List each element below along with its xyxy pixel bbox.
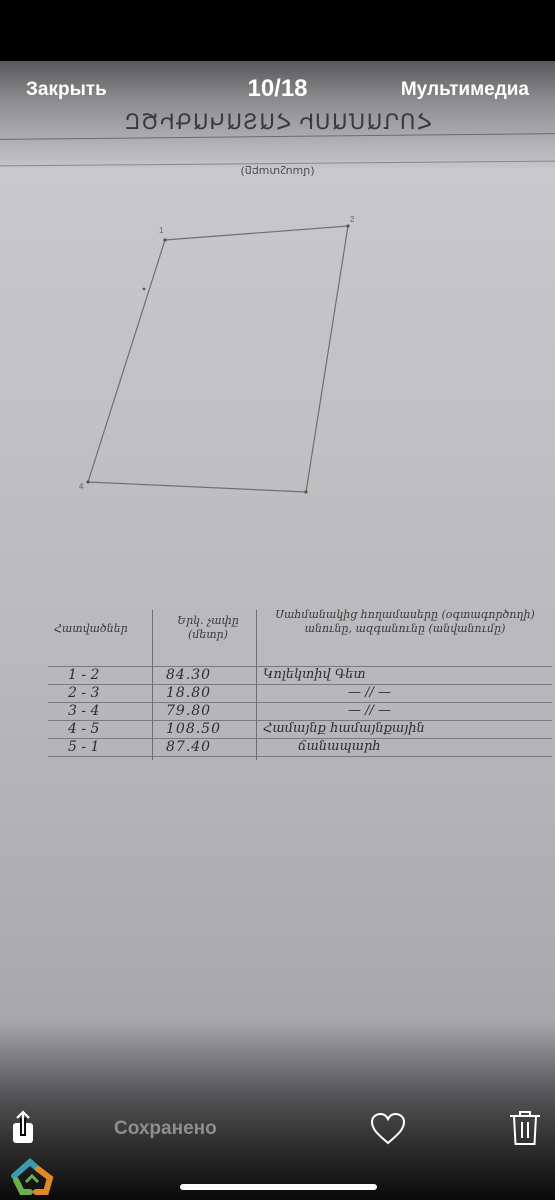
table-row: 3 - 4 79.80 — // — [48,702,552,720]
segment-cell: 1 - 2 [68,667,138,683]
segment-cell: 5 - 1 [68,739,138,755]
table-row: 2 - 3 18.80 — // — [48,684,552,702]
length-cell: 18.80 [166,685,256,701]
heart-icon[interactable] [370,1112,406,1146]
neighbor-cell: Համայնք համայնքային [263,721,548,736]
segment-cell: 4 - 5 [68,721,138,737]
table-divider [256,610,257,760]
plot-outline [88,226,348,492]
status-bar [0,0,555,61]
share-icon[interactable] [12,1110,38,1146]
land-plot-drawing: 1 2 4 [0,200,555,500]
media-button[interactable]: Мультимедиа [401,79,529,101]
document-title: ՀՈՂԱՄԱՍԻ ՀԱՏԱԿԱԳԻԾԸ [0,110,555,134]
neighbor-cell: — // — [348,703,555,718]
plot-vertex [143,288,146,291]
saved-status: Сохранено [114,1118,217,1140]
app-logo-icon[interactable] [10,1158,54,1198]
length-cell: 84.30 [166,667,256,683]
length-cell: 79.80 [166,703,256,719]
segment-cell: 2 - 3 [68,685,138,701]
close-button[interactable]: Закрыть [26,79,107,101]
scale-caption: (մասշտաբը) [0,165,555,178]
table-row: 5 - 1 87.40 ճանապարհ [48,738,552,757]
segment-cell: 3 - 4 [68,703,138,719]
table-row: 1 - 2 84.30 Կոլեկտիվ Գետ [48,666,552,684]
header-neighbors: Սահմանակից հողամասերը (օգտագործողի) անու… [260,608,550,672]
plot-vertex [86,480,89,483]
plot-vertex [304,490,307,493]
neighbor-cell: — // — [348,685,555,700]
length-cell: 108.50 [166,721,256,737]
viewer-navbar: Закрыть 10/18 Мультимедиа [0,70,555,110]
length-cell: 87.40 [166,739,256,755]
neighbor-cell: ճանապարհ [298,739,555,754]
trash-icon[interactable] [508,1109,542,1147]
plot-vertex [163,238,166,241]
plot-vertex-label: 2 [350,215,355,224]
plot-vertex-label: 1 [159,226,164,235]
plot-vertex-label: 4 [79,482,84,491]
plot-vertex [346,224,349,227]
table-row: 4 - 5 108.50 Համայնք համայնքային [48,720,552,738]
table-divider [152,610,153,760]
neighbor-cell: Կոլեկտիվ Գետ [263,667,548,682]
home-indicator[interactable] [180,1184,377,1190]
